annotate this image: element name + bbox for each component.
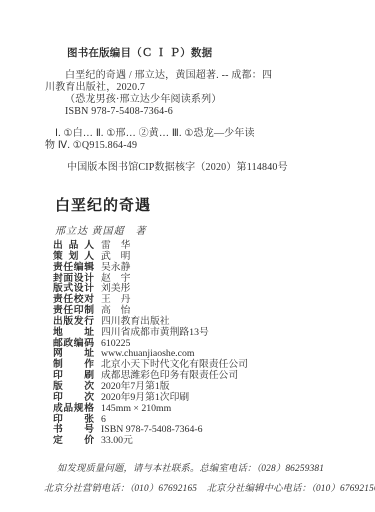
cip-block: 图书在版编目（Ｃ Ｉ Ｐ）数据 白垩纪的奇遇 / 邢立达，黄国超著. -- 成都… [45,47,337,174]
footer-branch-contacts: 北京分社营销电话：（010）67692165 北京分社编辑中心电话：（010）6… [44,479,355,499]
cip-class-line1: Ⅰ. ①白… Ⅱ. ①邢… ②黄… Ⅲ. ①恐龙—少年读 [45,128,337,140]
cip-entry-line1: 白垩纪的奇遇 / 邢立达，黄国超著. -- 成都：四 [45,70,337,82]
cip-classification: Ⅰ. ①白… Ⅱ. ①邢… ②黄… Ⅲ. ①恐龙—少年读 物 Ⅳ. ①Q915.… [45,128,337,152]
colophon-row: 定价33.00元 [53,436,248,447]
colophon-label: 责任编辑 [53,263,94,274]
colophon-label: 定价 [53,436,94,447]
colophon-label: 地址 [53,328,94,339]
cip-isbn-line: ISBN 978-7-5408-7364-6 [45,106,337,118]
cip-entry: 白垩纪的奇遇 / 邢立达，黄国超著. -- 成都：四 川教育出版社，2020.7… [45,70,337,118]
colophon-value: 四川省成都市黄荆路13号 [101,328,209,339]
colophon-label: 成品规格 [53,404,94,415]
footer-quality-note: 如发现质量问题，请与本社联系。总编室电话：（028）86259381 [44,459,355,479]
footer-notes: 如发现质量问题，请与本社联系。总编室电话：（028）86259381 北京分社营… [44,459,355,499]
colophon-row: 成品规格145mm × 210mm [53,404,248,415]
cip-heading: 图书在版编目（Ｃ Ｉ Ｐ）数据 [45,47,337,59]
colophon-value: 吴永静 [101,263,130,274]
cip-record-line: 中国版本图书馆CIP数据核字（2020）第114840号 [45,162,337,174]
cip-entry-line2: 川教育出版社，2020.7 [45,82,337,94]
colophon-row: 地址四川省成都市黄荆路13号 [53,328,248,339]
book-authors: 邢立达 黄国超 著 [55,222,147,237]
copyright-page: 图书在版编目（Ｃ Ｉ Ｐ）数据 白垩纪的奇遇 / 邢立达，黄国超著. -- 成都… [0,0,375,512]
colophon-table: 出品人雷 华策划人武 明责任编辑吴永静封面设计赵 宇版式设计刘美彤责任校对王 丹… [53,241,248,447]
colophon-row: 责任编辑吴永静 [53,263,248,274]
colophon-value: 145mm × 210mm [101,404,171,415]
cip-series-note: （恐龙男孩·邢立达少年阅读系列） [45,94,337,106]
book-title: 白垩纪的奇遇 [55,194,151,215]
colophon-value: 33.00元 [101,436,133,447]
cip-class-line2: 物 Ⅳ. ①Q915.864-49 [45,140,337,152]
